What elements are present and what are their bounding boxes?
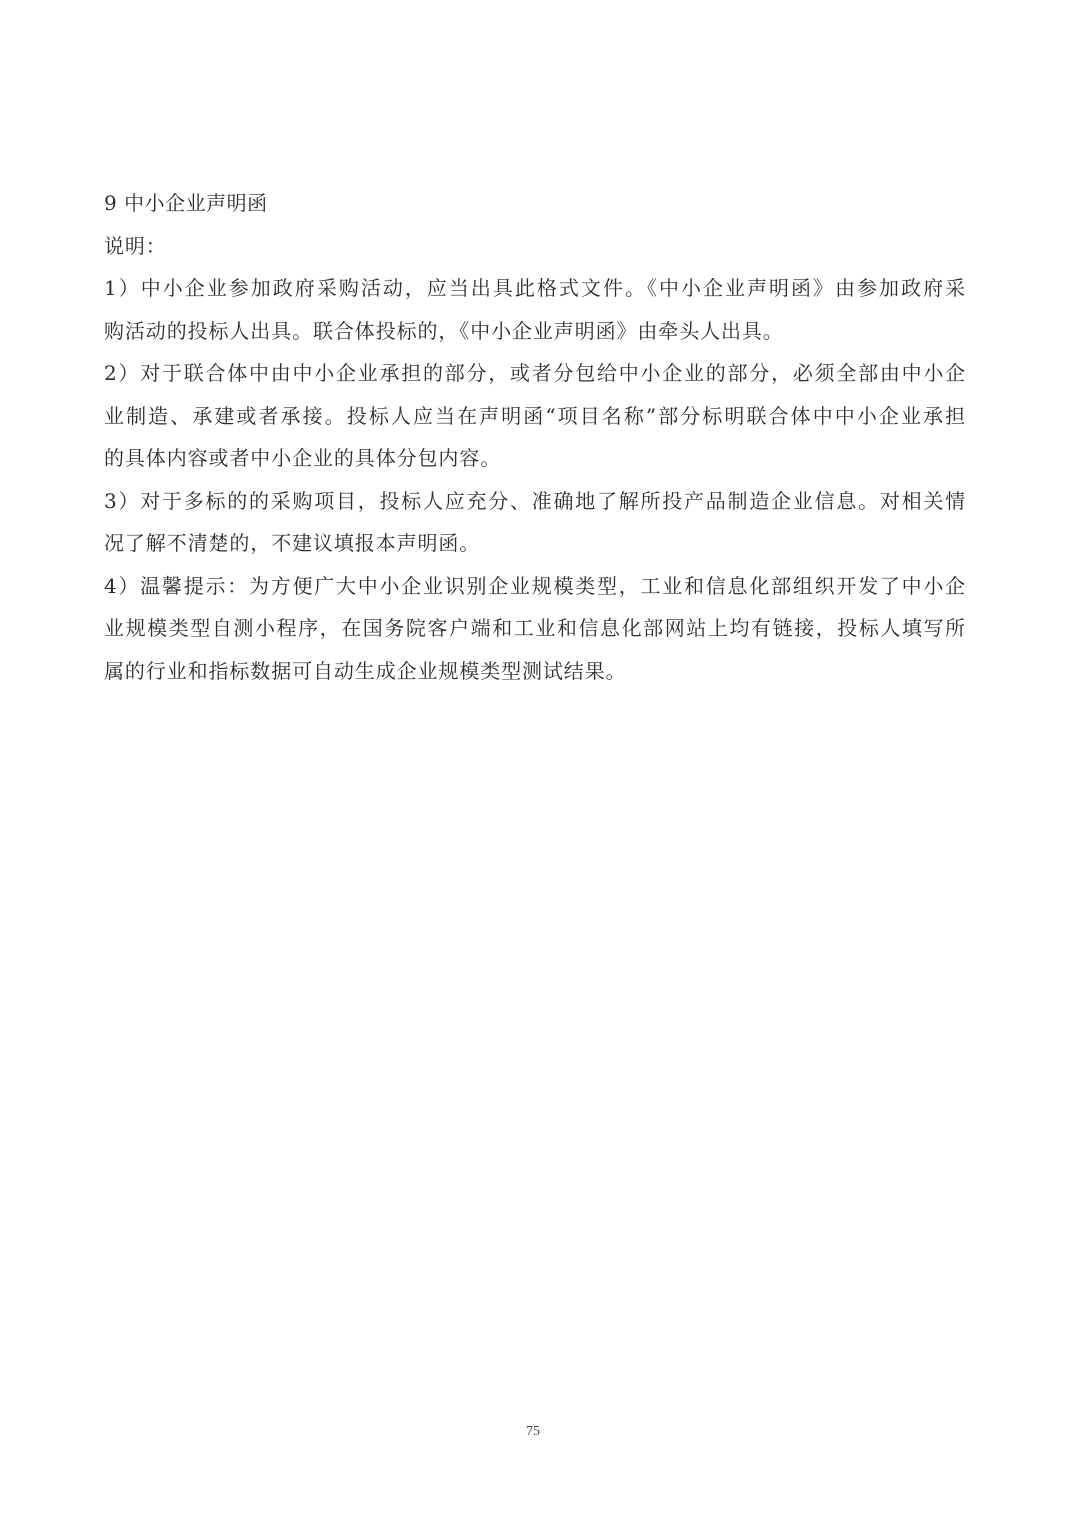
note-item-line: 的具体内容或者中小企业的具体分包内容。 xyxy=(104,437,966,480)
section-title: 9 中小企业声明函 xyxy=(104,182,966,225)
note-item-2: 2）对于联合体中由中小企业承担的部分，或者分包给中小企业的部分，必须全部由中小企… xyxy=(104,352,966,480)
note-item-line: 3）对于多标的的采购项目，投标人应充分、准确地了解所投产品制造企业信息。对相关情 xyxy=(104,480,966,523)
note-item-line: 4）温馨提示：为方便广大中小企业识别企业规模类型，工业和信息化部组织开发了中小企 xyxy=(104,565,966,608)
note-item-line: 购活动的投标人出具。联合体投标的，《中小企业声明函》由牵头人出具。 xyxy=(104,310,966,353)
note-item-line: 属的行业和指标数据可自动生成企业规模类型测试结果。 xyxy=(104,650,966,693)
note-item-line: 1）中小企业参加政府采购活动，应当出具此格式文件。《中小企业声明函》由参加政府采 xyxy=(104,267,966,310)
note-item-line: 2）对于联合体中由中小企业承担的部分，或者分包给中小企业的部分，必须全部由中小企 xyxy=(104,352,966,395)
page-content: 9 中小企业声明函 说明： 1）中小企业参加政府采购活动，应当出具此格式文件。《… xyxy=(104,182,966,692)
note-item-line: 业规模类型自测小程序，在国务院客户端和工业和信息化部网站上均有链接，投标人填写所 xyxy=(104,607,966,650)
note-label: 说明： xyxy=(104,225,966,268)
note-item-4: 4）温馨提示：为方便广大中小企业识别企业规模类型，工业和信息化部组织开发了中小企… xyxy=(104,565,966,693)
note-item-1: 1）中小企业参加政府采购活动，应当出具此格式文件。《中小企业声明函》由参加政府采… xyxy=(104,267,966,352)
note-item-line: 况了解不清楚的，不建议填报本声明函。 xyxy=(104,522,966,565)
document-page: 9 中小企业声明函 说明： 1）中小企业参加政府采购活动，应当出具此格式文件。《… xyxy=(0,0,1080,1527)
note-item-3: 3）对于多标的的采购项目，投标人应充分、准确地了解所投产品制造企业信息。对相关情… xyxy=(104,480,966,565)
note-item-line: 业制造、承建或者承接。投标人应当在声明函“项目名称”部分标明联合体中中小企业承担 xyxy=(104,395,966,438)
page-number: 75 xyxy=(0,1424,1066,1440)
